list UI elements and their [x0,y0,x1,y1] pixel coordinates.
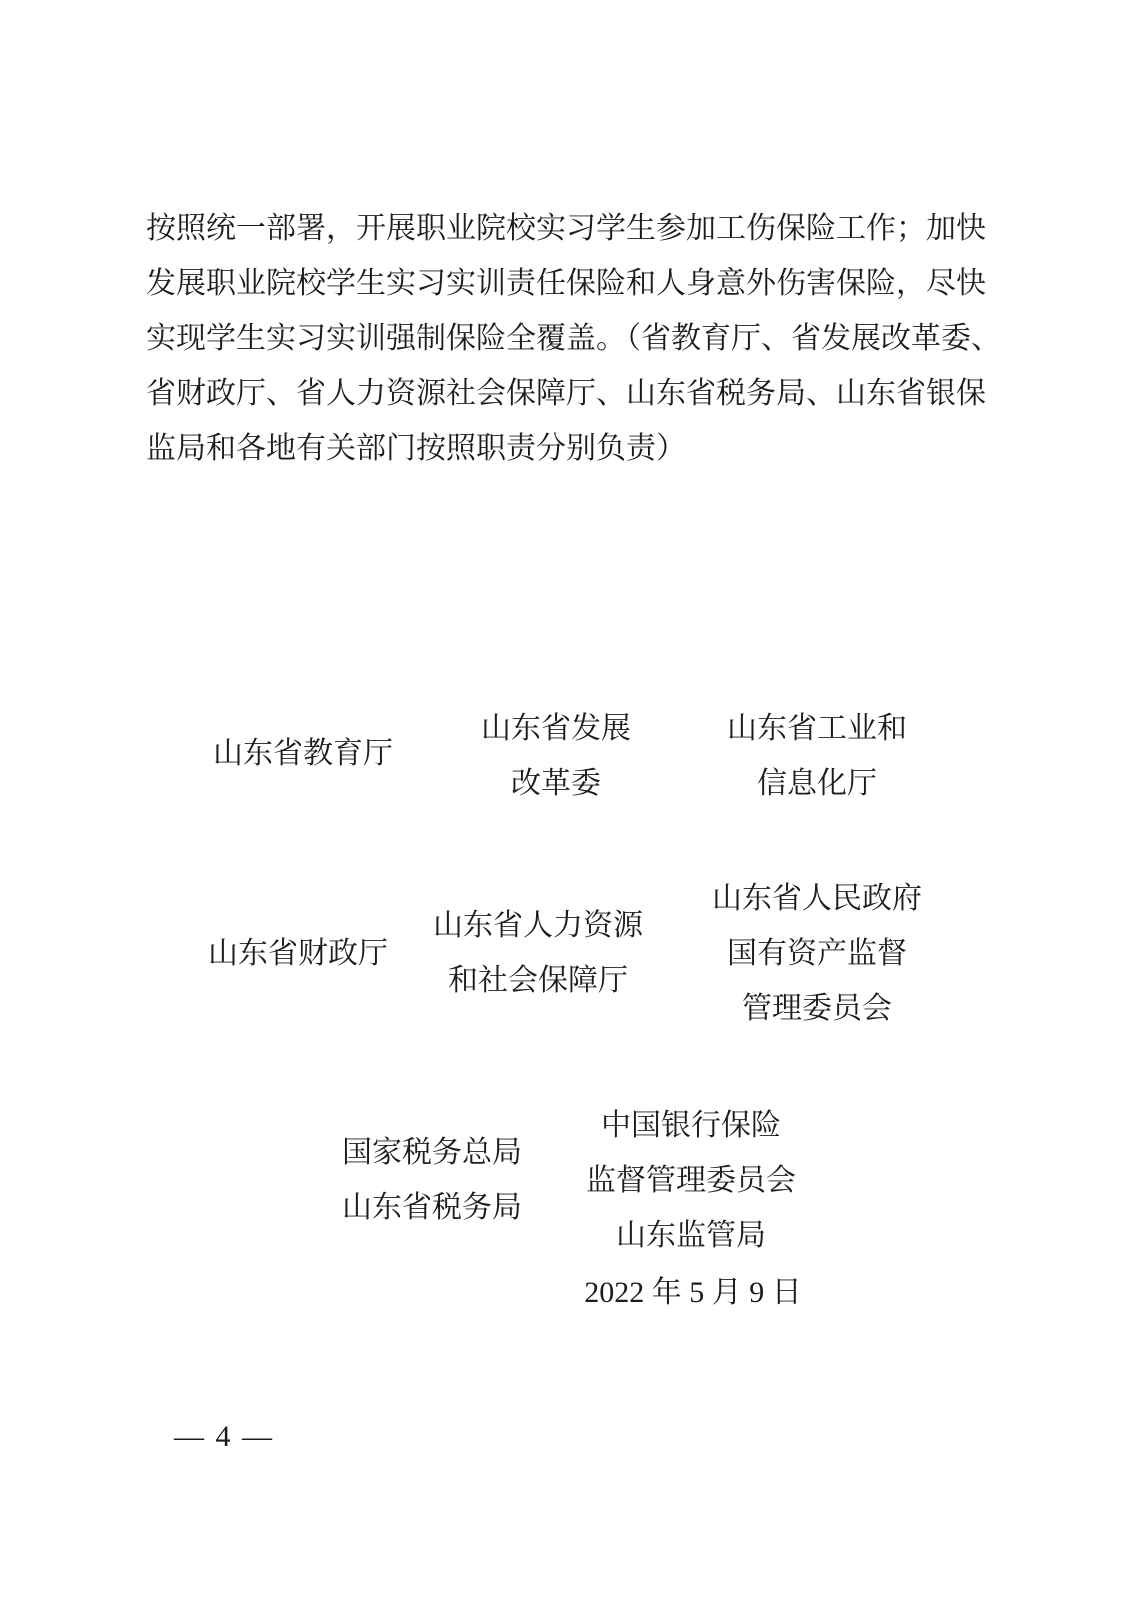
sig-cbirc-shandong-office: 中国银行保险 监督管理委员会 山东监管局 [586,1098,796,1263]
sig-human-resources-social-security-dept: 山东省人力资源 和社会保障厅 [433,898,643,1008]
sig-tax-bureau: 国家税务总局 山东省税务局 [342,1125,522,1235]
document-page: 按照统一部署，开展职业院校实习学生参加工伤保险工作；加快 发展职业院校学生实习实… [0,0,1131,1600]
sig-line: 山东省发展 [481,701,631,756]
paragraph-line: 省财政厅、省人力资源社会保障厅、山东省税务局、山东省银保 [146,366,988,421]
paragraph-line: 按照统一部署，开展职业院校实习学生参加工伤保险工作；加快 [146,201,988,256]
sig-line: 信息化厅 [727,756,907,811]
sig-line: 山东省财政厅 [208,926,388,981]
sig-education-dept: 山东省教育厅 [213,726,393,781]
sig-line: 山东省人民政府 [712,871,922,926]
sig-line: 和社会保障厅 [433,953,643,1008]
sig-line: 国家税务总局 [342,1125,522,1180]
document-date: 2022 年 5 月 9 日 [584,1265,802,1320]
sig-line: 山东省人力资源 [433,898,643,953]
sig-line: 监督管理委员会 [586,1153,796,1208]
paragraph-line: 监局和各地有关部门按照职责分别负责） [146,421,988,476]
sig-line: 山东省教育厅 [213,726,393,781]
paragraph-line: 实现学生实习实训强制保险全覆盖。（省教育厅、省发展改革委、 [146,311,988,366]
sig-finance-dept: 山东省财政厅 [208,926,388,981]
sig-line: 改革委 [481,756,631,811]
sig-industry-information-dept: 山东省工业和 信息化厅 [727,701,907,811]
sig-line: 管理委员会 [712,981,922,1036]
sig-line: 国有资产监督 [712,926,922,981]
sig-line: 山东监管局 [586,1208,796,1263]
sig-development-reform-commission: 山东省发展 改革委 [481,701,631,811]
sig-line: 中国银行保险 [586,1098,796,1153]
sig-line: 山东省税务局 [342,1180,522,1235]
body-paragraph: 按照统一部署，开展职业院校实习学生参加工伤保险工作；加快 发展职业院校学生实习实… [146,201,988,476]
page-number: — 4 — [174,1422,274,1452]
sig-line: 山东省工业和 [727,701,907,756]
sig-state-owned-assets-commission: 山东省人民政府 国有资产监督 管理委员会 [712,871,922,1036]
paragraph-line: 发展职业院校学生实习实训责任保险和人身意外伤害保险，尽快 [146,256,988,311]
